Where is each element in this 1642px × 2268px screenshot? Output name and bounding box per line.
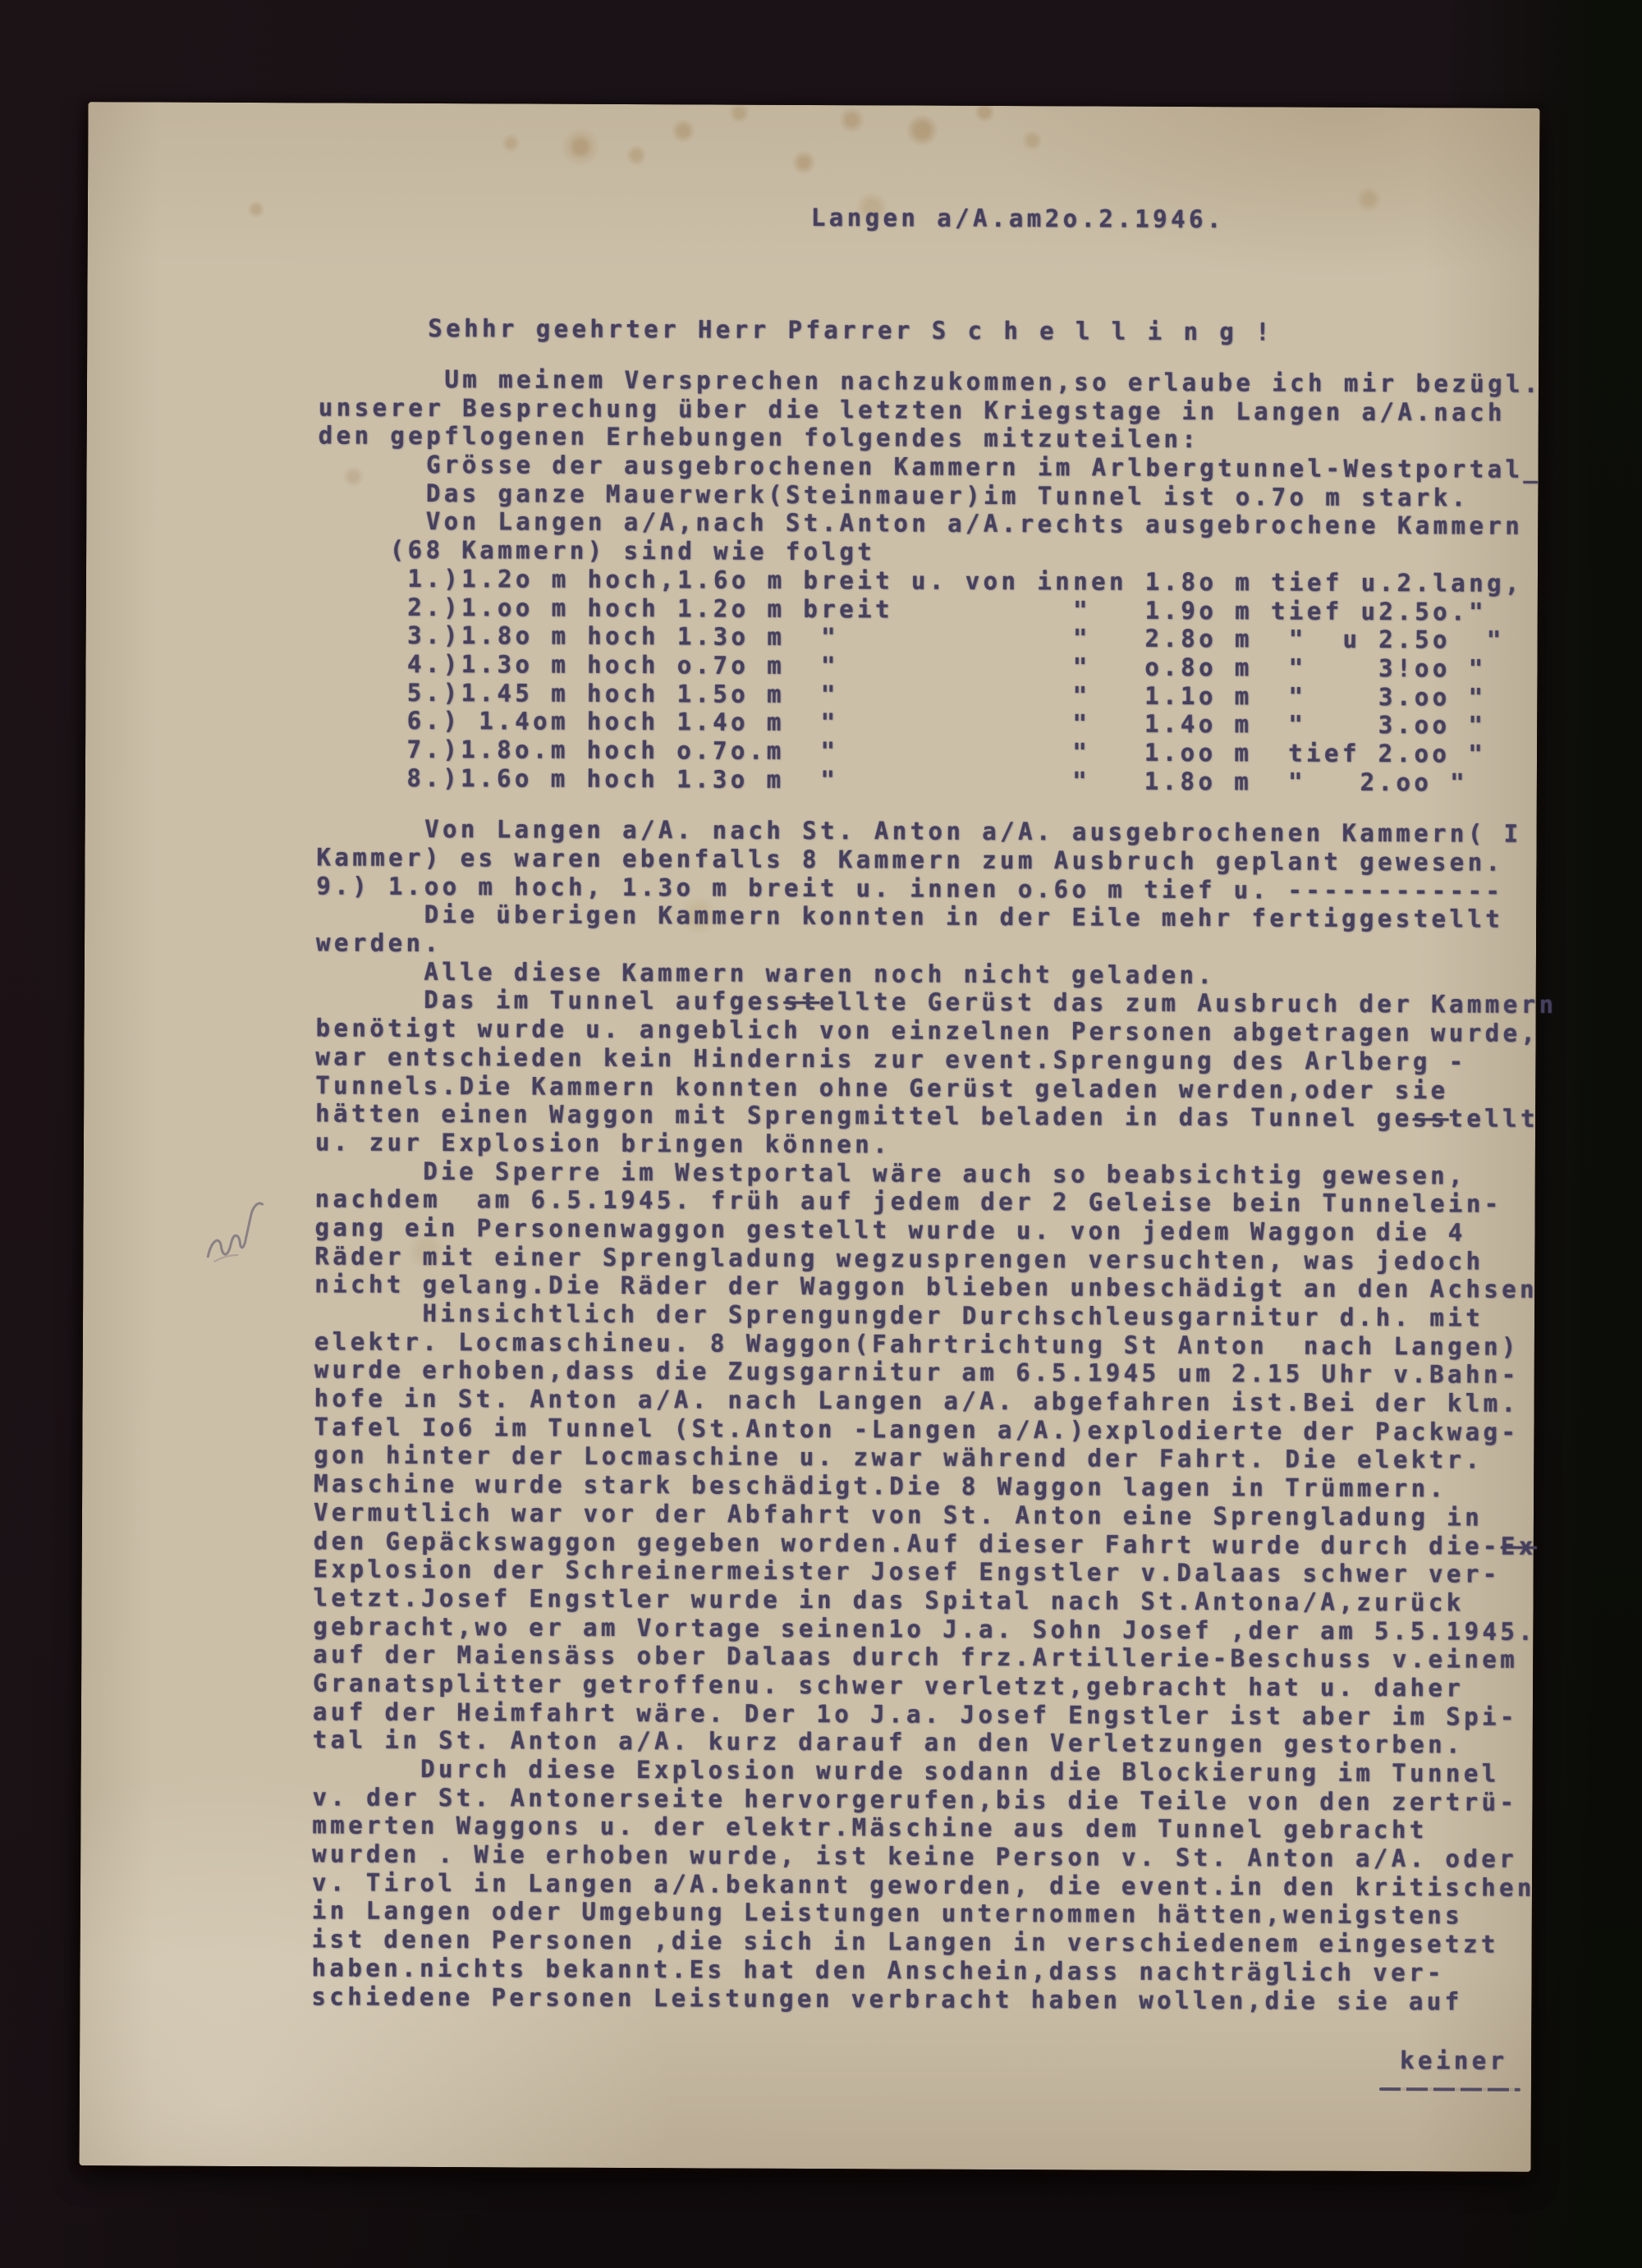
text-segment: Um meinem Versprechen nachzukommen,so er… [319,364,1542,398]
text-segment: tal in St. Anton a/A. kurz darauf an den… [313,1726,1464,1759]
text-segment: schiedene Personen Leistungen verbracht … [311,1982,1462,2015]
text-segment: Die überigen Kammern konnten in der Eile… [316,900,1503,933]
text-segment: haben.nichts bekannt.Es hat den Anschein… [312,1954,1445,1986]
text-segment: Hinsichtlich der Sprengungder Durchschle… [314,1299,1484,1331]
text-segment: elektr. Locmaschineu. 8 Waggon(Fahrtrich… [314,1327,1520,1360]
text-segment: 5.)1.45 m hoch 1.5o m " " 1.1o m " 3.oo … [317,678,1486,711]
photo-of-letter: { "colors": { "mat_background": "#171013… [0,0,1642,2268]
text-segment: unserer Besprechung über die letzten Kri… [319,393,1506,426]
text-segment: nachdem am 6.5.1945. früh auf jedem der … [315,1185,1502,1218]
letter-body: Um meinem Versprechen nachzukommen,so er… [311,364,1560,2016]
text-segment: Die Sperre im Westportal wäre auch so be… [315,1157,1466,1189]
text-segment: Grösse der ausgebrochenen Kammern im Arl… [318,450,1541,483]
text-segment: auf der Maiensäss ober Dalaas durch frz.… [313,1641,1518,1674]
text-line: schiedene Personen Leistungen verbracht … [311,1982,1553,2016]
text-segment: (68 Kammern) sind wie folgt [318,536,875,566]
text-segment: 8.)1.6o m hoch 1.3o m " " 1.8o m " 2.oo … [317,763,1468,796]
text-segment: werden. [316,928,443,957]
text-segment: Tunnels.Die Kammern konnten ohne Gerüst … [315,1071,1448,1104]
text-segment: gon hinter der Locmaschine u. zwar währe… [314,1441,1483,1474]
text-segment: Das ganze Mauerwerk(Steinmauer)im Tunnel… [318,479,1469,511]
text-segment: Explosion der Schreinermeister Josef Eng… [314,1556,1501,1588]
text-segment: in Langen oder Umgebung Leistungen unter… [312,1897,1463,1930]
text-segment: wurde erhoben,dass die Zugsgarnitur am 6… [314,1356,1520,1389]
text-segment: 1.)1.2o m hoch,1.6o m breit u. von innen… [318,564,1523,597]
text-segment: Von Langen a/A. nach St. Anton a/A. ausg… [317,815,1522,848]
text-segment: hätten einen Waggon mit Sprengmittel bel… [315,1100,1413,1133]
struck-text: Ex [1501,1532,1537,1560]
text-segment: hofe in St. Anton a/A. nach Langen a/A. … [314,1384,1520,1417]
text-segment: 3.)1.8o m hoch 1.3o m " " 2.8o m " u 2.5… [318,621,1505,654]
letter-page: Langen a/A.am2o.2.1946. Sehhr geehrter H… [80,102,1540,2172]
struck-text: ss [1413,1104,1449,1132]
text-segment: wurden . Wie erhoben wurde, ist keine Pe… [312,1840,1517,1872]
text-segment: Granatsplitter getroffenu. schwer verlet… [313,1669,1464,1702]
text-segment: ellte Gerüst das zum Ausbruch der Kammer… [819,987,1557,1019]
text-segment: den gepflogenen Erhebungen folgendes mit… [319,422,1200,454]
closing-word: keiner [1400,2046,1508,2075]
text-segment: 4.)1.3o m hoch o.7o m " " o.8o m " 3!oo … [317,649,1486,682]
dateline: Langen a/A.am2o.2.1946. [811,204,1225,233]
text-segment: nicht gelang.Die Räder der Waggon bliebe… [314,1271,1538,1304]
text-segment: war entschieden kein Hindernis zur event… [315,1042,1466,1075]
text-segment: ist denen Personen ,die sich in Langen i… [312,1925,1499,1958]
text-segment: Vermutlich war vor der Abfahrt von St. A… [314,1498,1483,1531]
text-segment: 2.)1.oo m hoch 1.2o m breit " 1.9o m tie… [318,593,1487,625]
text-segment: Von Langen a/A,nach St.Anton a/A.rechts … [318,507,1523,540]
text-segment: Alle diese Kammern waren noch nicht gela… [316,957,1216,989]
text-line: Die überigen Kammern konnten in der Eile… [316,900,1557,934]
text-segment: letzt.Josef Engstler wurde in das Spital… [313,1583,1464,1616]
text-segment: 6.) 1.4om hoch 1.4o m " " 1.4o m " 3.oo … [317,707,1486,740]
text-segment: Durch diese Explosion wurde sodann die B… [313,1754,1500,1787]
text-segment: Kammer) es waren ebenfalls 8 Kammern zum… [316,843,1503,876]
text-segment: Räder mit einer Sprengladung wegzuspreng… [314,1242,1484,1275]
struck-text: st [783,987,819,1015]
text-segment: v. der St. Antonerseite hervorgerufen,bi… [312,1783,1517,1816]
text-segment: 9.) 1.oo m hoch, 1.3o m breit u. innen o… [316,872,1503,905]
handwritten-margin-mark-icon [203,1188,268,1278]
text-segment: Tafel Io6 im Tunnel (St.Anton -Langen a/… [314,1413,1519,1446]
text-segment: tellt [1448,1105,1539,1133]
text-segment: den Gepäckswaggon gegeben worden.Auf die… [314,1527,1501,1560]
salutation: Sehhr geehrter Herr Pfarrer S c h e l l … [428,314,1273,346]
text-segment: Maschine wurde stark beschädigt.Die 8 Wa… [314,1469,1447,1502]
text-segment: u. zur Explosion bringen können. [315,1128,891,1158]
closing-underline [1379,2087,1520,2092]
text-segment: gebracht,wo er am Vortage seinen1o J.a. … [313,1612,1536,1646]
text-line: 8.)1.6o m hoch 1.3o m " " 1.8o m " 2.oo … [317,763,1558,797]
text-segment: gang ein Personenwaggon gestellt wurde u… [314,1213,1465,1246]
text-segment: mmerten Waggons u. der elektr.Mäschine a… [312,1812,1428,1844]
text-segment: Das im Tunnel aufges [316,986,784,1015]
text-segment: 7.)1.8o.m hoch o.7o.m " " 1.oo m tief 2.… [317,735,1486,767]
text-segment: auf der Heimfahrt wäre. Der 1o J.a. Jose… [313,1698,1518,1730]
text-segment: v. Tirol in Langen a/A.bekannt geworden,… [312,1868,1535,1902]
text-segment: benötigt wurde u. angeblich von einzelne… [315,1014,1539,1047]
typewritten-text-layer: Langen a/A.am2o.2.1946. Sehhr geehrter H… [80,102,1540,2172]
